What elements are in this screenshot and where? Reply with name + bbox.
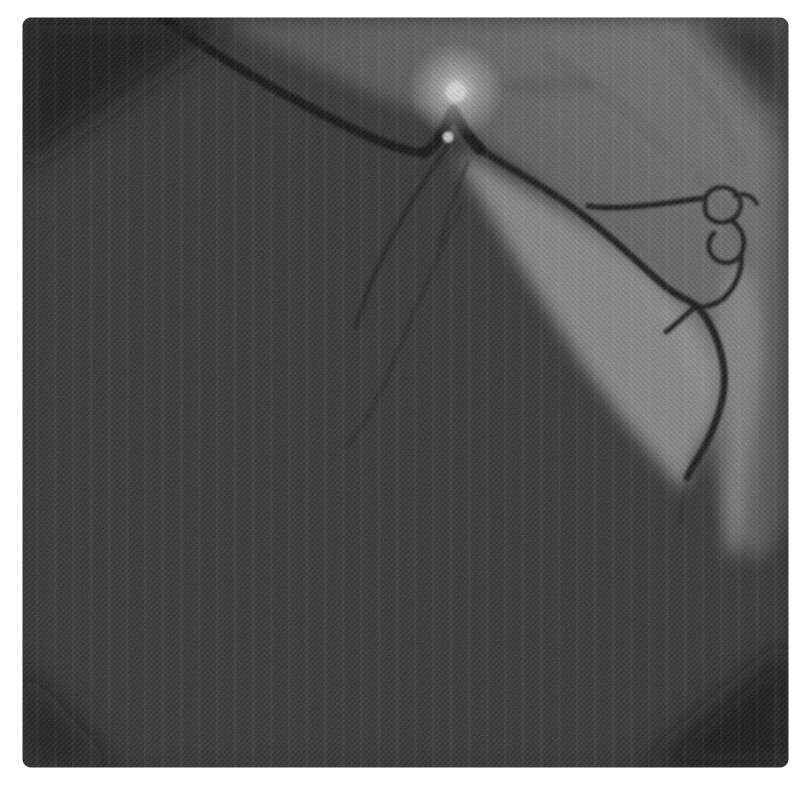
imaging-field [21, 16, 792, 769]
grain-overlay-light [21, 16, 790, 769]
angiogram-image [0, 0, 800, 785]
angiogram-svg [0, 0, 800, 785]
